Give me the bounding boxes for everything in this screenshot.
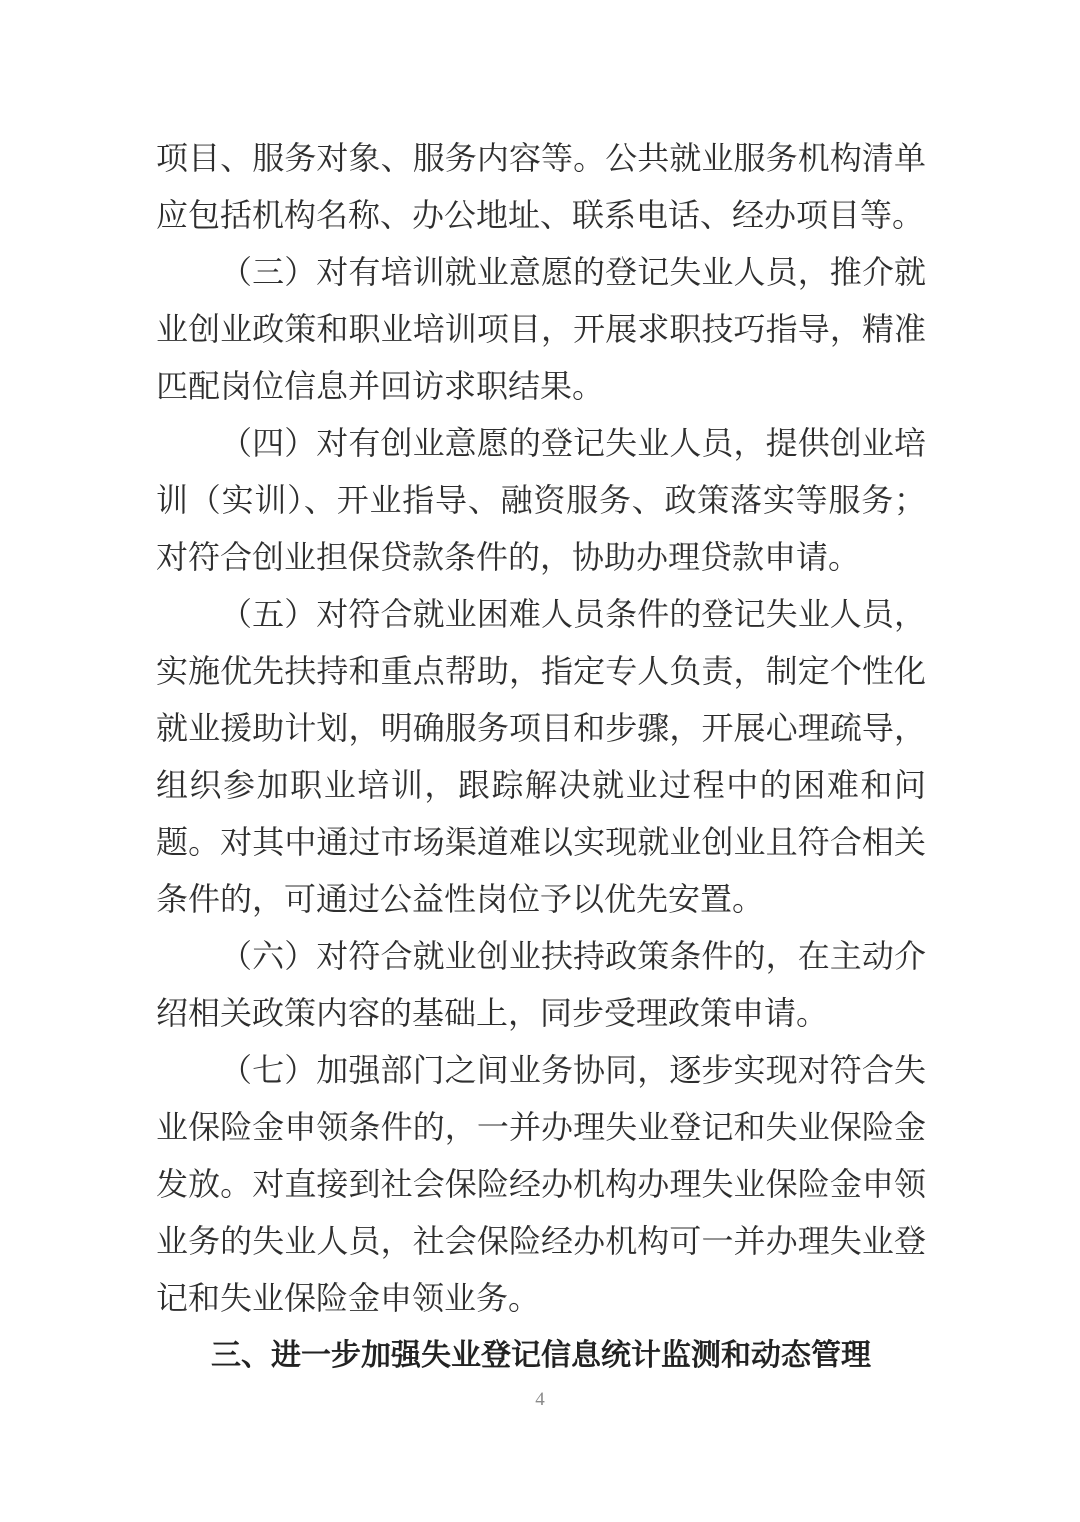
document-page: 项目、服务对象、服务内容等。公共就业服务机构清单应包括机构名称、办公地址、联系电… [0,0,1080,1522]
paragraph-continuation: 项目、服务对象、服务内容等。公共就业服务机构清单应包括机构名称、办公地址、联系电… [156,130,926,244]
document-body: 项目、服务对象、服务内容等。公共就业服务机构清单应包括机构名称、办公地址、联系电… [156,130,926,1384]
paragraph-item-6: （六）对符合就业创业扶持政策条件的，在主动介绍相关政策内容的基础上，同步受理政策… [156,928,926,1042]
paragraph-item-7: （七）加强部门之间业务协同，逐步实现对符合失业保险金申领条件的，一并办理失业登记… [156,1042,926,1327]
paragraph-item-3: （三）对有培训就业意愿的登记失业人员，推介就业创业政策和职业培训项目，开展求职技… [156,244,926,415]
page-number: 4 [0,1388,1080,1412]
section-heading: 三、进一步加强失业登记信息统计监测和动态管理 [156,1327,926,1384]
paragraph-item-4: （四）对有创业意愿的登记失业人员，提供创业培训（实训）、开业指导、融资服务、政策… [156,415,926,586]
paragraph-item-5: （五）对符合就业困难人员条件的登记失业人员，实施优先扶持和重点帮助，指定专人负责… [156,586,926,928]
